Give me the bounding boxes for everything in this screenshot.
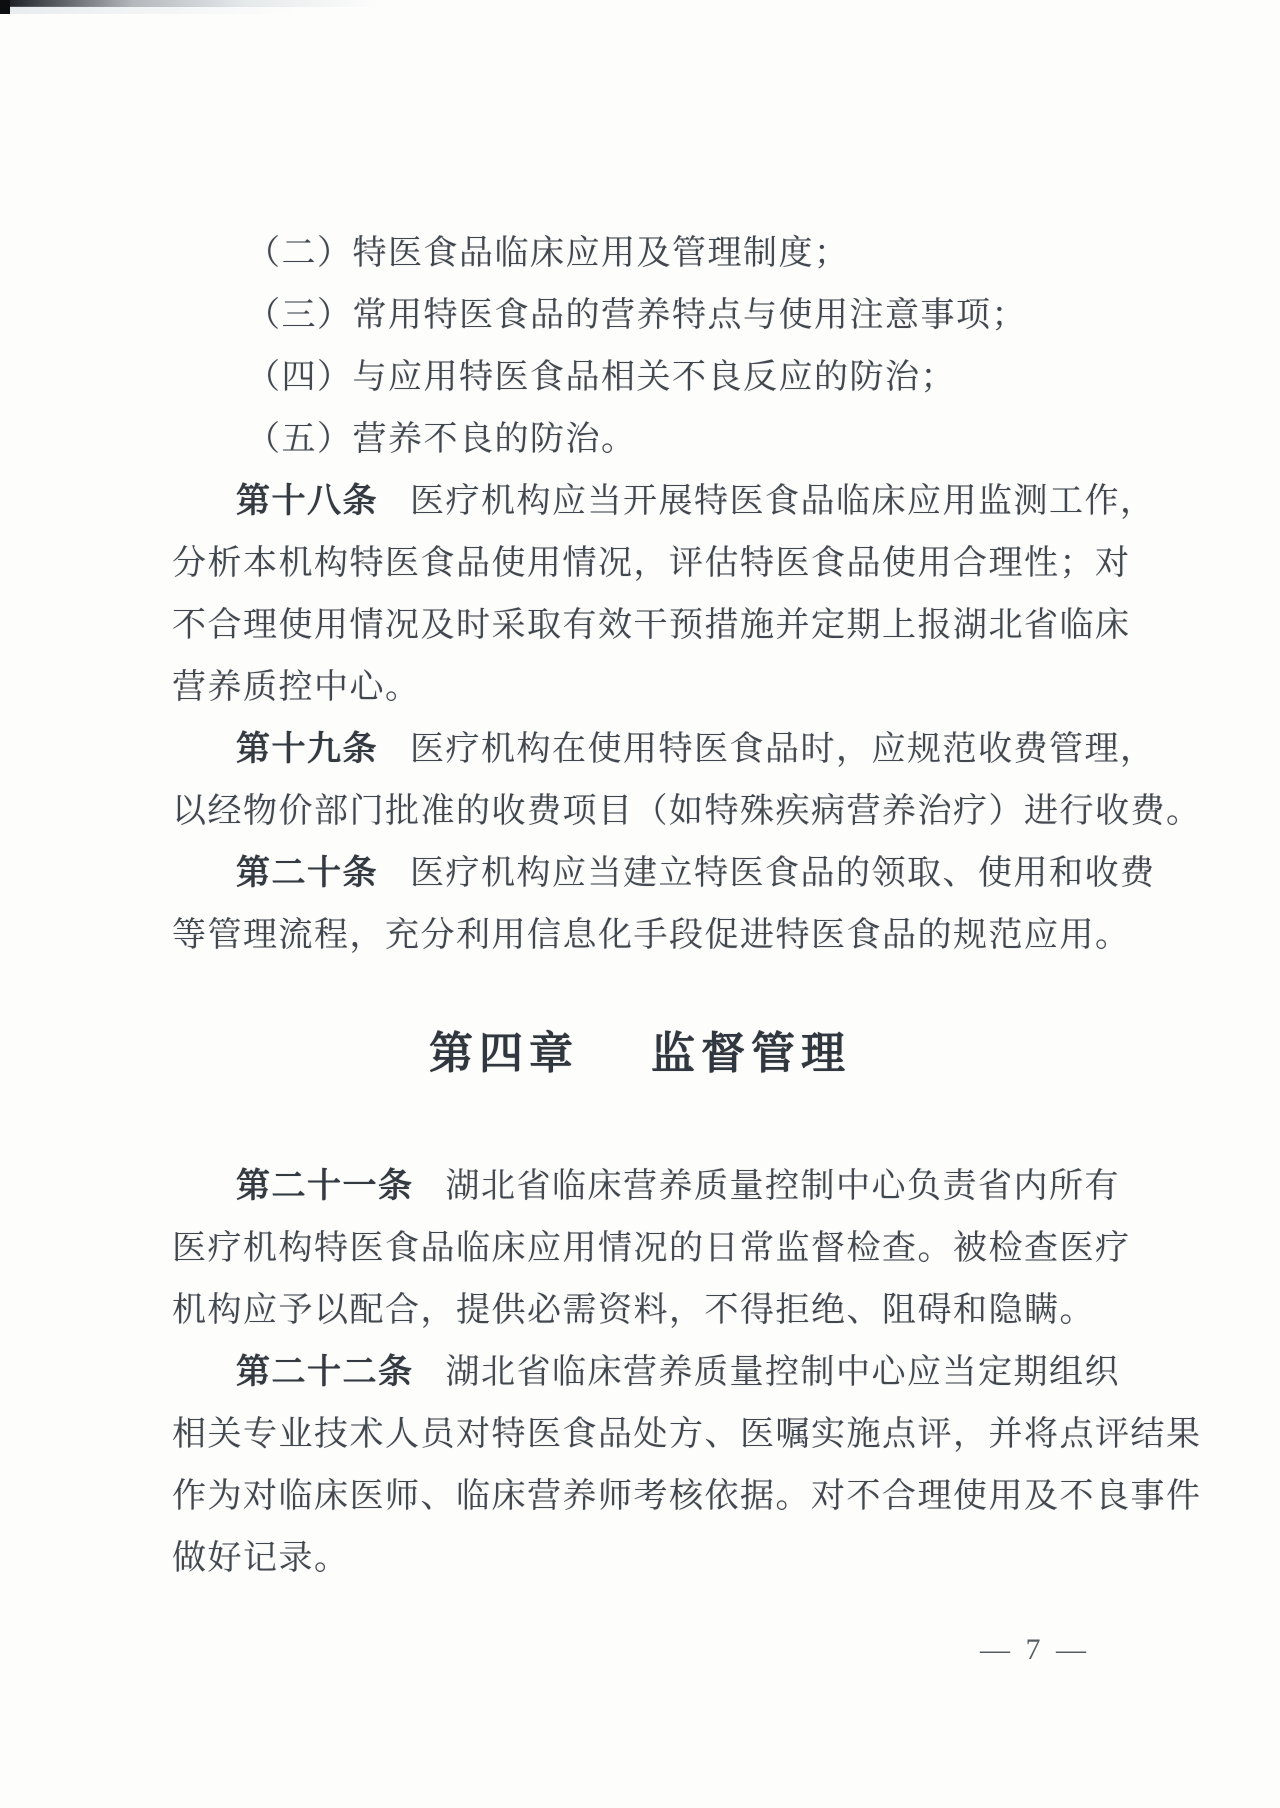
article-22-line-2: 相关专业技术人员对特医食品处方、医嘱实施点评，并将点评结果 [172, 1404, 1134, 1466]
article-21-line-2: 医疗机构特医食品临床应用情况的日常监督检查。被检查医疗 [172, 1218, 1134, 1280]
chapter-title: 监督管理 [651, 1023, 851, 1085]
text-block-upper: （二）特医食品临床应用及管理制度； （三）常用特医食品的营养特点与使用注意事项；… [172, 223, 1134, 967]
article-18-number: 第十八条 [236, 483, 378, 520]
article-18-line-1: 第十八条医疗机构应当开展特医食品临床应用监测工作， [172, 471, 1134, 533]
article-18-line-3: 不合理使用情况及时采取有效干预措施并定期上报湖北省临床 [172, 595, 1134, 657]
article-20-number: 第二十条 [236, 855, 378, 892]
article-19-line-1: 第十九条医疗机构在使用特医食品时，应规范收费管理， [172, 719, 1134, 781]
text-block-lower: 第二十一条湖北省临床营养质量控制中心负责省内所有 医疗机构特医食品临床应用情况的… [172, 1156, 1134, 1590]
article-22-line-4: 做好记录。 [172, 1528, 1134, 1590]
article-22-line-3: 作为对临床医师、临床营养师考核依据。对不合理使用及不良事件 [172, 1466, 1134, 1528]
chapter-heading: 第四章 监督管理 [0, 1023, 1280, 1085]
article-22-line-1: 第二十二条湖北省临床营养质量控制中心应当定期组织 [172, 1342, 1134, 1404]
article-18-line-2: 分析本机构特医食品使用情况，评估特医食品使用合理性；对 [172, 533, 1134, 595]
article-20-line-1: 第二十条医疗机构应当建立特医食品的领取、使用和收费 [172, 843, 1134, 905]
list-item-5: （五）营养不良的防治。 [172, 409, 1134, 471]
article-22-text: 湖北省临床营养质量控制中心应当定期组织 [446, 1354, 1121, 1391]
article-21-line-1: 第二十一条湖北省临床营养质量控制中心负责省内所有 [172, 1156, 1134, 1218]
chapter-number: 第四章 [429, 1023, 579, 1085]
article-19-number: 第十九条 [236, 731, 378, 768]
document-page: （二）特医食品临床应用及管理制度； （三）常用特医食品的营养特点与使用注意事项；… [0, 0, 1280, 1808]
article-21-number: 第二十一条 [236, 1168, 414, 1205]
article-19-text: 医疗机构在使用特医食品时，应规范收费管理， [410, 731, 1156, 768]
list-item-3: （三）常用特医食品的营养特点与使用注意事项； [172, 285, 1134, 347]
list-item-4: （四）与应用特医食品相关不良反应的防治； [172, 347, 1134, 409]
article-19-line-2: 以经物价部门批准的收费项目（如特殊疾病营养治疗）进行收费。 [172, 781, 1134, 843]
page-number: — 7 — [980, 1630, 1090, 1670]
article-18-line-4: 营养质控中心。 [172, 657, 1134, 719]
article-21-line-3: 机构应予以配合，提供必需资料，不得拒绝、阻碍和隐瞒。 [172, 1280, 1134, 1342]
article-18-text: 医疗机构应当开展特医食品临床应用监测工作， [410, 483, 1156, 520]
article-22-number: 第二十二条 [236, 1354, 414, 1391]
article-20-line-2: 等管理流程，充分利用信息化手段促进特医食品的规范应用。 [172, 905, 1134, 967]
list-item-2: （二）特医食品临床应用及管理制度； [172, 223, 1134, 285]
article-20-text: 医疗机构应当建立特医食品的领取、使用和收费 [410, 855, 1156, 892]
scan-artifact-haze [0, 6, 300, 14]
scan-artifact-corner [0, 0, 10, 14]
article-21-text: 湖北省临床营养质量控制中心负责省内所有 [446, 1168, 1121, 1205]
